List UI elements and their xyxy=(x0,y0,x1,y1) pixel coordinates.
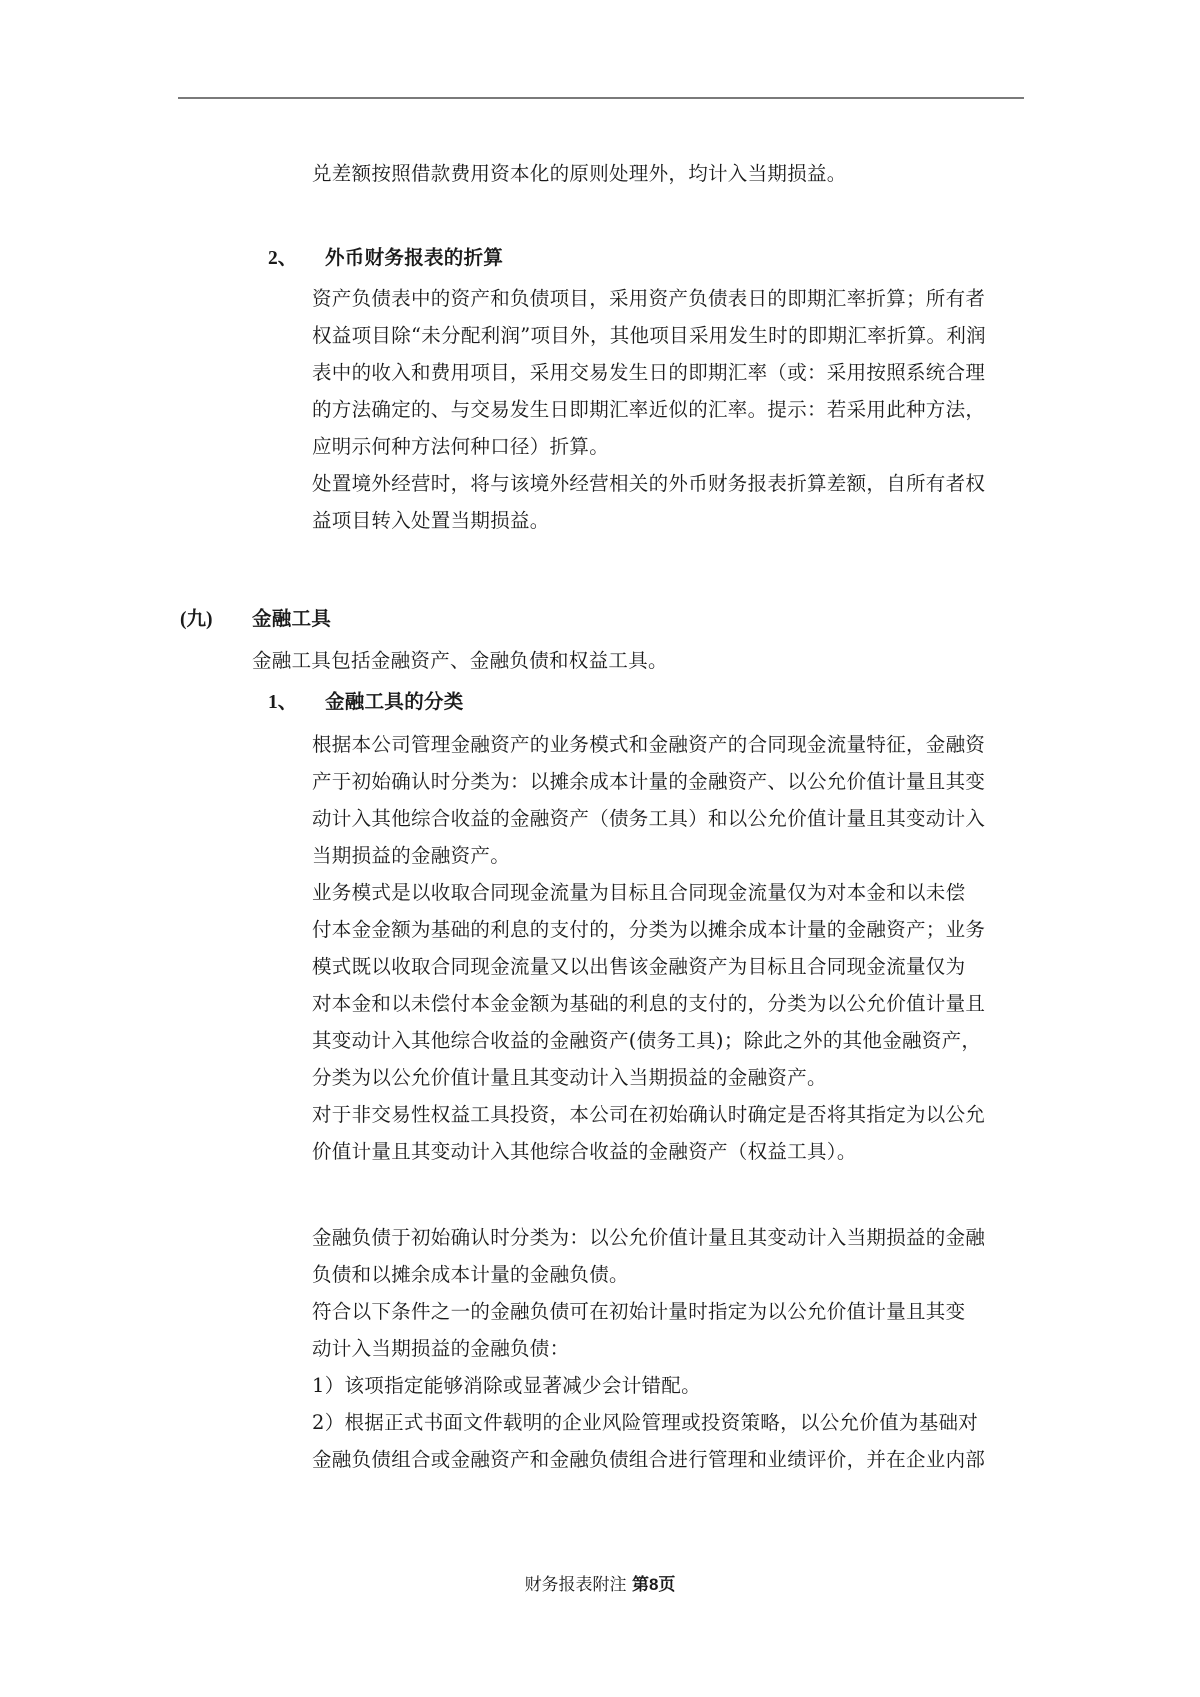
paragraph-line: 对于非交易性权益工具投资，本公司在初始确认时确定是否将其指定为以公允 xyxy=(312,1099,985,1127)
paragraph-line: 负债和以摊余成本计量的金融负债。 xyxy=(312,1259,629,1287)
continuation-text: 兑差额按照借款费用资本化的原则处理外，均计入当期损益。 xyxy=(312,158,847,186)
section-9-intro: 金融工具包括金融资产、金融负债和权益工具。 xyxy=(252,645,668,673)
paragraph-line: 的方法确定的、与交易发生日即期汇率近似的汇率。提示：若采用此种方法， xyxy=(312,394,985,422)
list-item: 1）该项指定能够消除或显著减少会计错配。 xyxy=(312,1370,701,1398)
paragraph-line: 模式既以收取合同现金流量又以出售该金融资产为目标且合同现金流量仅为 xyxy=(312,951,965,979)
paragraph-line: 益项目转入处置当期损益。 xyxy=(312,505,550,533)
paragraph-line: 根据本公司管理金融资产的业务模式和金融资产的合同现金流量特征，金融资 xyxy=(312,729,985,757)
paragraph-line: 应明示何种方法何种口径）折算。 xyxy=(312,431,609,459)
paragraph-line: 业务模式是以收取合同现金流量为目标且合同现金流量仅为对本金和以未偿 xyxy=(312,877,965,905)
paragraph-line: 对本金和以未偿付本金金额为基础的利息的支付的，分类为以公允价值计量且 xyxy=(312,988,985,1016)
paragraph-line: 处置境外经营时，将与该境外经营相关的外币财务报表折算差额，自所有者权 xyxy=(312,468,985,496)
section-2-title: 外币财务报表的折算 xyxy=(325,242,503,270)
section-9-title: 金融工具 xyxy=(252,603,331,631)
paragraph-line: 分类为以公允价值计量且其变动计入当期损益的金融资产。 xyxy=(312,1062,827,1090)
page-number: 第8页 xyxy=(632,1575,675,1594)
header-rule xyxy=(178,97,1024,99)
page-footer: 财务报表附注 第8页 xyxy=(0,1570,1200,1595)
paragraph-line: 付本金金额为基础的利息的支付的，分类为以摊余成本计量的金融资产；业务 xyxy=(312,914,985,942)
paragraph-line: 当期损益的金融资产。 xyxy=(312,840,510,868)
paragraph-line: 金融负债于初始确认时分类为：以公允价值计量且其变动计入当期损益的金融 xyxy=(312,1222,985,1250)
paragraph-line: 产于初始确认时分类为：以摊余成本计量的金融资产、以公允价值计量且其变 xyxy=(312,766,985,794)
paragraph-line: 价值计量且其变动计入其他综合收益的金融资产（权益工具）。 xyxy=(312,1136,857,1164)
footer-label: 财务报表附注 xyxy=(525,1575,627,1595)
paragraph-line: 表中的收入和费用项目，采用交易发生日的即期汇率（或：采用按照系统合理 xyxy=(312,357,985,385)
paragraph-line: 金融负债组合或金融资产和金融负债组合进行管理和业绩评价，并在企业内部 xyxy=(312,1444,985,1472)
paragraph-line: 符合以下条件之一的金融负债可在初始计量时指定为以公允价值计量且其变 xyxy=(312,1296,965,1324)
paragraph-line: 动计入其他综合收益的金融资产（债务工具）和以公允价值计量且其变动计入 xyxy=(312,803,985,831)
section-2-number: 2、 xyxy=(268,242,297,270)
paragraph-line: 资产负债表中的资产和负债项目，采用资产负债表日的即期汇率折算；所有者 xyxy=(312,283,985,311)
paragraph-line: 动计入当期损益的金融负债： xyxy=(312,1333,569,1361)
paragraph-line: 权益项目除“未分配利润”项目外，其他项目采用发生时的即期汇率折算。利润 xyxy=(312,320,986,348)
list-item: 2）根据正式书面文件载明的企业风险管理或投资策略，以公允价值为基础对 xyxy=(312,1407,978,1435)
subsection-1-number: 1、 xyxy=(268,686,297,714)
subsection-1-title: 金融工具的分类 xyxy=(325,686,464,714)
paragraph-line: 其变动计入其他综合收益的金融资产(债务工具)；除此之外的其他金融资产， xyxy=(312,1025,981,1053)
section-9-number: (九) xyxy=(180,603,213,631)
